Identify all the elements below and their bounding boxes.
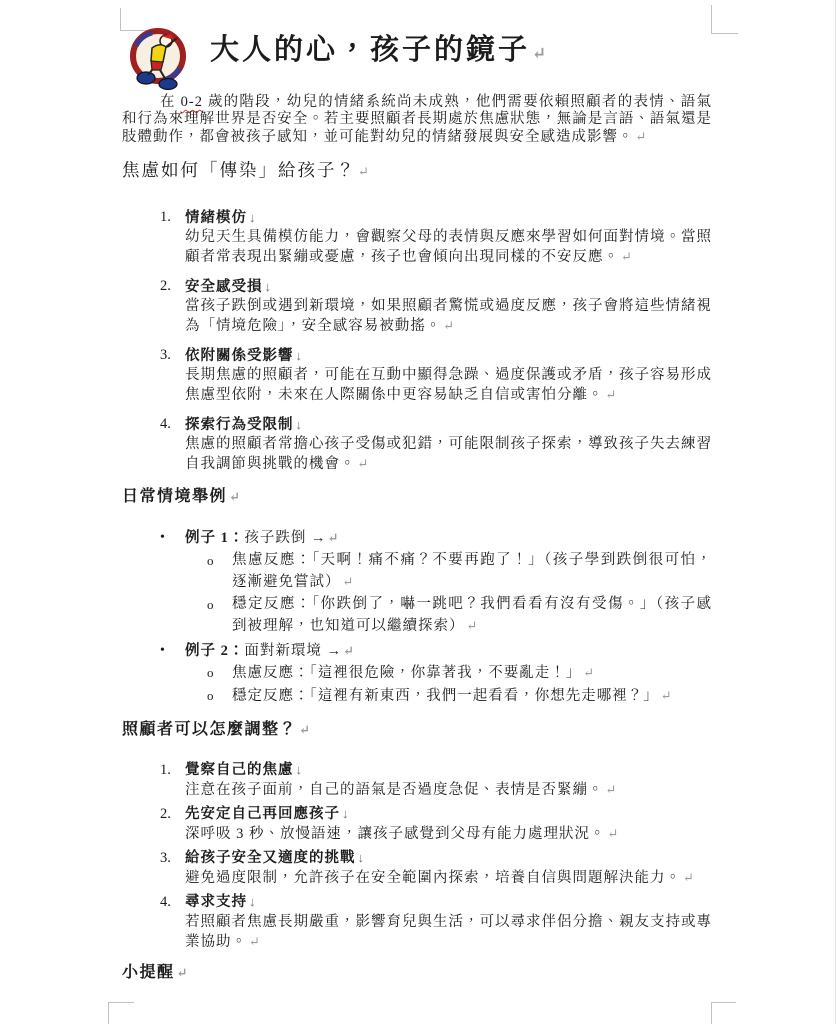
- item-title: 覺察自己的焦慮↓: [185, 760, 712, 780]
- section-heading-reminder: 小提醒↵: [122, 962, 712, 983]
- paragraph-mark: ↵: [606, 782, 617, 797]
- contagion-list: 1. 情緒模仿↓ 幼兒天生具備模仿能力，會觀察父母的表情與反應來學習如何面對情境…: [160, 208, 712, 474]
- section-heading-adjust: 照顧者可以怎麼調整？↵: [122, 719, 712, 740]
- example-response: o 穩定反應：「你跌倒了，嚇一跳吧？我們看看有沒有受傷。」（孩子感到被理解，也知…: [207, 594, 712, 638]
- page-title: 大人的心，孩子的鏡子↵: [210, 30, 546, 74]
- item-title: 尋求支持↓: [185, 892, 712, 912]
- list-item: 1. 情緒模仿↓ 幼兒天生具備模仿能力，會觀察父母的表情與反應來學習如何面對情境…: [160, 208, 712, 267]
- item-body: 若照顧者焦慮長期嚴重，影響育兒與生活，可以尋求伴侶分擔、親友支持或專業協助。↵: [185, 912, 712, 952]
- paragraph-mark: ↵: [683, 870, 694, 885]
- item-body: 當孩子跌倒或遇到新環境，如果照顧者驚慌或過度反應，孩子會將這些情緒視為「情境危險…: [185, 297, 712, 336]
- item-title: 安全感受損↓: [185, 277, 712, 297]
- list-item: 3. 給孩子安全又適度的挑戰↓ 避免過度限制，允許孩子在安全範圍內探索，培養自信…: [160, 848, 712, 888]
- item-number: 1.: [160, 208, 185, 267]
- list-item: 2. 先安定自己再回應孩子↓ 深呼吸 3 秒、放慢語速，讓孩子感覺到父母有能力處…: [160, 804, 712, 844]
- example-response: o 焦慮反應：「天啊！痛不痛？不要再跑了！」（孩子學到跌倒很可怕，逐漸避免嘗試）…: [207, 550, 712, 594]
- linebreak-mark: ↓: [265, 279, 272, 294]
- example-label-line: 例子 1：孩子跌倒 →↵: [185, 527, 712, 550]
- linebreak-mark: ↓: [249, 894, 256, 909]
- mascot-logo-image: [130, 28, 188, 90]
- crop-mark-bottom-right: [711, 1002, 736, 1024]
- heading-text: 照顧者可以怎麼調整？: [122, 721, 297, 738]
- section-heading-contagion: 焦慮如何「傳染」給孩子？↵: [122, 159, 712, 183]
- paragraph-mark: ↵: [467, 618, 478, 633]
- item-title: 依附關係受影響↓: [185, 346, 712, 366]
- item-number: 1.: [160, 760, 185, 800]
- circle-bullet-marker: o: [207, 662, 232, 685]
- linebreak-mark: ↓: [342, 806, 349, 821]
- intro-paragraph: 在 0-2 歲的階段，幼兒的情緒系統尚未成熟，他們需要依賴照顧者的表情、語氣和行…: [122, 94, 712, 146]
- item-body: 避免過度限制，允許孩子在安全範圍內探索，培養自信與問題解決能力。↵: [185, 868, 712, 888]
- item-title: 情緒模仿↓: [185, 208, 712, 228]
- linebreak-mark: ↓: [296, 762, 303, 777]
- circle-bullet-marker: o: [207, 685, 232, 708]
- example-label-line: 例子 2：面對新環境 →↵: [185, 640, 712, 663]
- item-number: 3.: [160, 848, 185, 888]
- intro-lead: 在: [160, 94, 181, 110]
- paragraph-mark: ↵: [532, 44, 546, 63]
- paragraph-mark: ↵: [661, 688, 672, 703]
- item-number: 4.: [160, 892, 185, 952]
- paragraph-mark: ↵: [177, 965, 188, 980]
- paragraph-mark: ↵: [636, 129, 647, 144]
- paragraph-mark: ↵: [229, 489, 240, 504]
- paragraph-mark: ↵: [443, 318, 454, 333]
- title-row: 大人的心，孩子的鏡子↵: [130, 28, 712, 92]
- arrow-glyph: →: [327, 643, 342, 659]
- intro-rest: 歲的階段，幼兒的情緒系統尚未成熟，他們需要依賴照顧者的表情、語氣和行為來理解世界…: [122, 94, 712, 145]
- list-item: 4. 尋求支持↓ 若照顧者焦慮長期嚴重，影響育兒與生活，可以尋求伴侶分擔、親友支…: [160, 892, 712, 952]
- document-body: 大人的心，孩子的鏡子↵ 在 0-2 歲的階段，幼兒的情緒系統尚未成熟，他們需要依…: [122, 28, 712, 1003]
- linebreak-mark: ↓: [296, 348, 303, 363]
- section-heading-examples: 日常情境舉例↵: [122, 486, 712, 507]
- item-body: 深呼吸 3 秒、放慢語速，讓孩子感覺到父母有能力處理狀況。↵: [185, 824, 712, 844]
- item-number: 2.: [160, 804, 185, 844]
- example-scenario: 面對新環境: [244, 643, 326, 659]
- item-body: 長期焦慮的照顧者，可能在互動中顯得急躁、過度保護或矛盾，孩子容易形成焦慮型依附，…: [185, 366, 712, 405]
- list-item: 4. 探索行為受限制↓ 焦慮的照顧者常擔心孩子受傷或犯錯，可能限制孩子探索，導致…: [160, 415, 712, 474]
- page-title-text: 大人的心，孩子的鏡子: [210, 34, 530, 66]
- paragraph-mark: ↵: [249, 934, 260, 949]
- linebreak-mark: ↓: [296, 417, 303, 432]
- example-response: o 焦慮反應：「這裡很危險，你靠著我，不要亂走！」↵: [207, 662, 712, 685]
- paragraph-mark: ↵: [343, 574, 354, 589]
- paragraph-mark: ↵: [606, 387, 617, 402]
- list-item: 2. 安全感受損↓ 當孩子跌倒或遇到新環境，如果照顧者驚慌或過度反應，孩子會將這…: [160, 277, 712, 336]
- crop-mark-bottom-left: [108, 1002, 134, 1024]
- linebreak-mark: ↓: [249, 210, 256, 225]
- paragraph-mark: ↵: [343, 643, 354, 658]
- heading-text: 日常情境舉例: [122, 488, 227, 505]
- item-title: 探索行為受限制↓: [185, 415, 712, 435]
- bullet-marker: •: [160, 527, 185, 550]
- list-item: 1. 覺察自己的焦慮↓ 注意在孩子面前，自己的語氣是否過度急促、表情是否緊繃。↵: [160, 760, 712, 800]
- paragraph-mark: ↵: [621, 249, 632, 264]
- paragraph-mark: ↵: [358, 456, 369, 471]
- paragraph-mark: ↵: [583, 665, 594, 680]
- item-number: 4.: [160, 415, 185, 474]
- item-body: 焦慮的照顧者常擔心孩子受傷或犯錯，可能限制孩子探索，導致孩子失去練習自我調節與挑…: [185, 435, 712, 474]
- example-label: 例子 1：: [185, 530, 244, 546]
- crop-mark-top-right: [711, 5, 738, 34]
- item-body: 注意在孩子面前，自己的語氣是否過度急促、表情是否緊繃。↵: [185, 780, 712, 800]
- heading-text: 焦慮如何「傳染」給孩子？: [122, 160, 356, 180]
- item-body: 幼兒天生具備模仿能力，會觀察父母的表情與反應來學習如何面對情境。當照顧者常表現出…: [185, 228, 712, 267]
- spellcheck-underlined-text: 0-2: [181, 94, 203, 110]
- arrow-glyph: →: [311, 530, 326, 546]
- item-number: 2.: [160, 277, 185, 336]
- circle-bullet-marker: o: [207, 550, 232, 594]
- document-page: { "document": { "title": "大人的心，孩子的鏡子" },…: [0, 0, 836, 1024]
- example-scenario: 孩子跌倒: [244, 530, 311, 546]
- example-response: o 穩定反應：「這裡有新東西，我們一起看看，你想先走哪裡？」↵: [207, 685, 712, 708]
- paragraph-mark: ↵: [608, 826, 619, 841]
- paragraph-mark: ↵: [358, 164, 369, 179]
- item-number: 3.: [160, 346, 185, 405]
- heading-text: 小提醒: [122, 964, 175, 981]
- paragraph-mark: ↵: [328, 530, 339, 545]
- bullet-marker: •: [160, 640, 185, 663]
- linebreak-mark: ↓: [358, 850, 365, 865]
- circle-bullet-marker: o: [207, 594, 232, 638]
- item-title: 給孩子安全又適度的挑戰↓: [185, 848, 712, 868]
- paragraph-mark: ↵: [299, 722, 310, 737]
- item-title: 先安定自己再回應孩子↓: [185, 804, 712, 824]
- examples-list: • 例子 1：孩子跌倒 →↵ o 焦慮反應：「天啊！痛不痛？不要再跑了！」（孩子…: [160, 527, 712, 707]
- example-label: 例子 2：: [185, 643, 244, 659]
- list-item: 3. 依附關係受影響↓ 長期焦慮的照顧者，可能在互動中顯得急躁、過度保護或矛盾，…: [160, 346, 712, 405]
- adjust-list: 1. 覺察自己的焦慮↓ 注意在孩子面前，自己的語氣是否過度急促、表情是否緊繃。↵…: [160, 760, 712, 952]
- example-item: • 例子 2：面對新環境 →↵ o 焦慮反應：「這裡很危險，你靠著我，不要亂走！…: [160, 640, 712, 708]
- example-item: • 例子 1：孩子跌倒 →↵ o 焦慮反應：「天啊！痛不痛？不要再跑了！」（孩子…: [160, 527, 712, 638]
